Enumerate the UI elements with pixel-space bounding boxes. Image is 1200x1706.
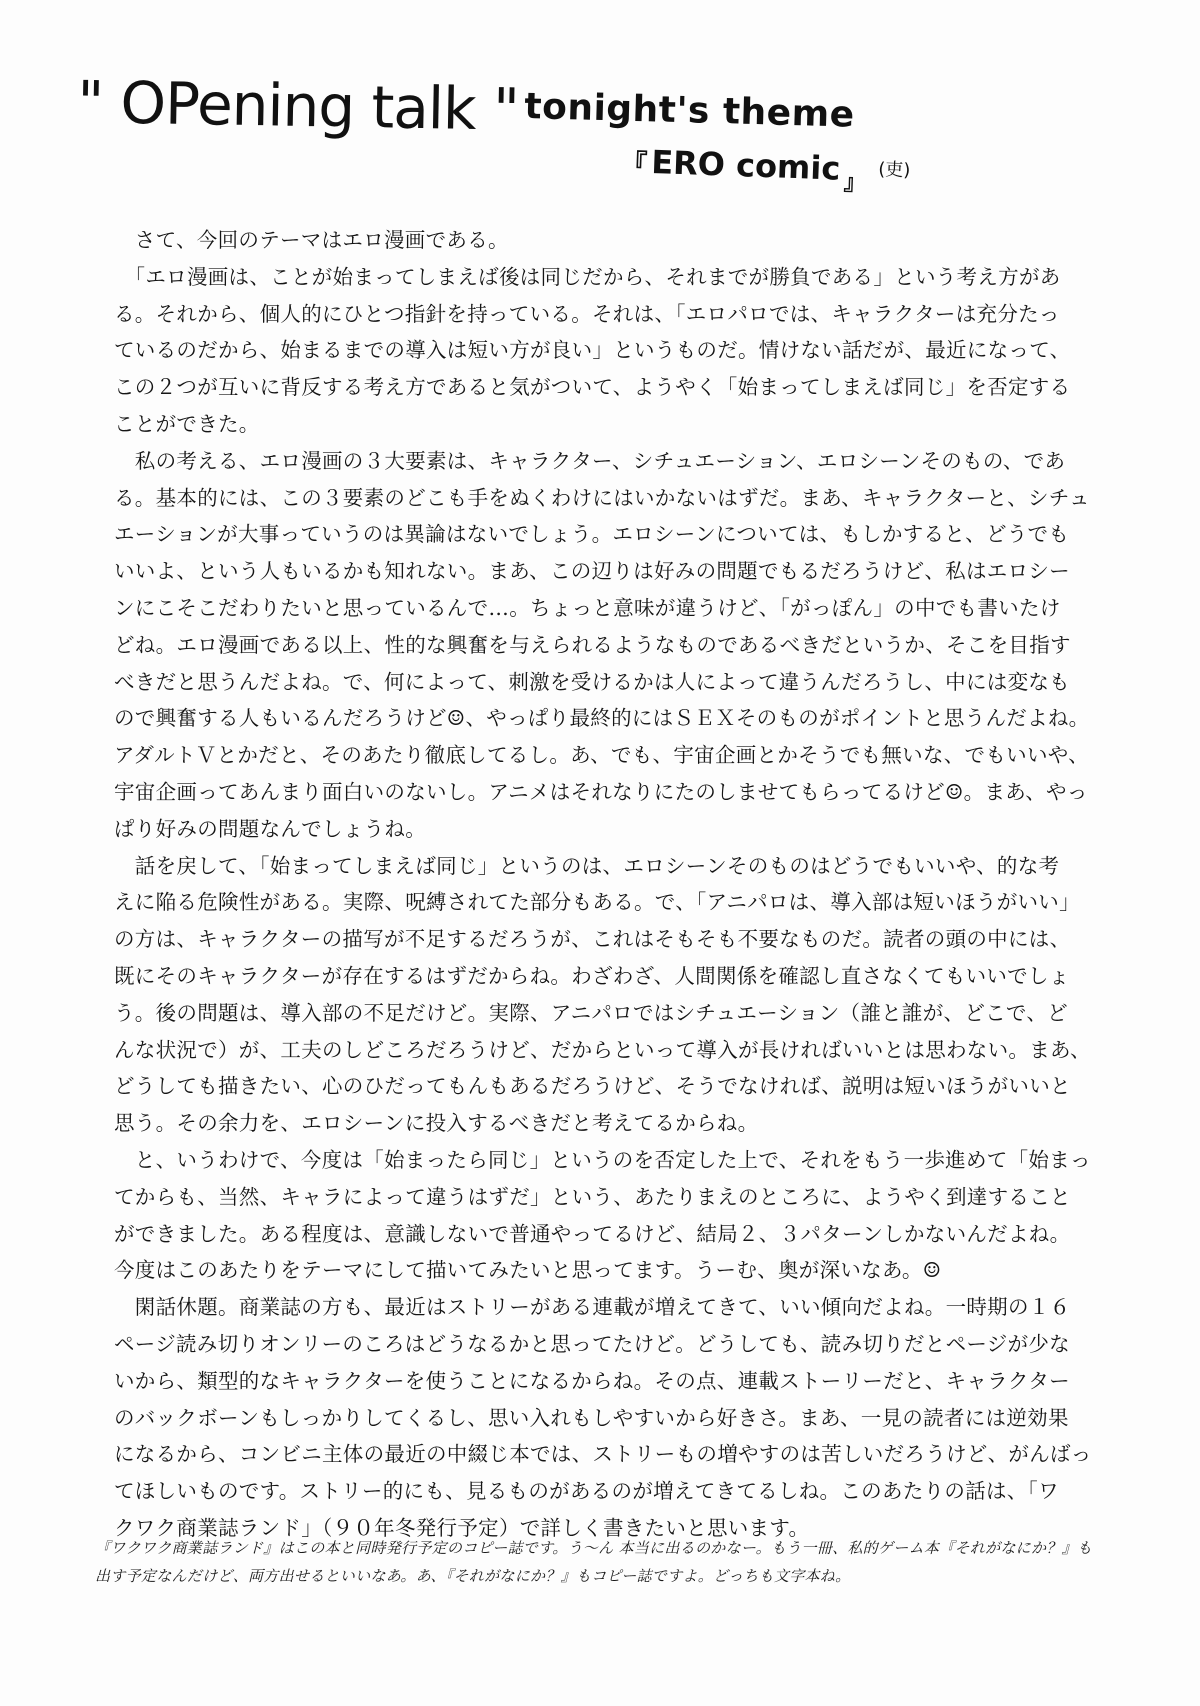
essay-body: さて、今回のテーマはエロ漫画である。 「エロ漫画は、ことが始まってしまえば後は同…	[114, 222, 1064, 1547]
body-line: 「エロ漫画は、ことが始まってしまえば後は同じだから、それまでが勝負である」という…	[114, 259, 1064, 296]
body-line: 宇宙企画ってあんまり面白いのないし。アニメはそれなりにたのしませてもらってるけど…	[114, 774, 1064, 811]
footnote-line: 『ワクワク商業誌ランド』はこの本と同時発行予定のコピー誌です。う～ん 本当に出る…	[95, 1534, 1095, 1562]
body-line: てからも、当然、キャラによって違うはずだ」という、あたりまえのところに、ようやく…	[114, 1179, 1064, 1216]
body-line: ているのだから、始まるまでの導入は短い方が良い」というものだ。情けない話だが、最…	[114, 332, 1064, 369]
theme-open-bracket: 『	[621, 143, 648, 181]
footnote-line: 出す予定なんだけど、両方出せるといいなあ。あ、『それがなにか？』もコピー誌ですよ…	[95, 1562, 1095, 1590]
theme-text: ERO comic	[651, 143, 841, 188]
body-line: 思う。その余力を、エロシーンに投入するべきだと考えてるからね。	[114, 1105, 1064, 1142]
body-line: ページ読み切りオンリーのころはどうなるかと思ってたけど。どうしても、読み切りだと…	[114, 1326, 1064, 1363]
theme-close-bracket: 』	[843, 166, 866, 198]
body-line: エーションが大事っていうのは異論はないでしょう。エロシーンについては、もしかする…	[114, 516, 1064, 553]
body-line: ことができた。	[114, 406, 1064, 443]
body-line: 話を戻して、「始まってしまえば同じ」というのは、エロシーンそのものはどうでもいい…	[114, 848, 1064, 885]
body-line: 私の考える、エロ漫画の３大要素は、キャラクター、シチュエーション、エロシーンその…	[114, 443, 1064, 480]
body-line: る。基本的には、この３要素のどこも手をぬくわけにはいかないはずだ。まあ、キャラク…	[114, 480, 1064, 517]
body-line: 今度はこのあたりをテーマにして描いてみたいと思ってます。うーむ、奥が深いなあ。☺	[114, 1252, 1064, 1289]
body-line: う。後の問題は、導入部の不足だけど。実際、アニパロではシチュエーション（誰と誰が…	[114, 995, 1064, 1032]
body-line: んな状況で）が、工夫のしどころだろうけど、だからといって導入が長ければいいとは思…	[114, 1032, 1064, 1069]
theme-heading: 『 ERO comic 』 (吏)	[621, 142, 911, 190]
body-line: 既にそのキャラクターが存在するはずだからね。わざわざ、人間関係を確認し直さなくて…	[114, 958, 1064, 995]
body-line: になるから、コンビニ主体の最近の中綴じ本では、ストリーもの増やすのは苦しいだろう…	[114, 1436, 1064, 1473]
body-line: いいよ、という人もいるかも知れない。まあ、この辺りは好みの問題でもるだろうけど、…	[114, 553, 1064, 590]
body-line: ンにこそこだわりたいと思っているんで…。ちょっと意味が違うけど、「がっぽん」の中…	[114, 590, 1064, 627]
body-line: いから、類型的なキャラクターを使うことになるからね。その点、連載ストーリーだと、…	[114, 1363, 1064, 1400]
page-title: " OPening talk "	[77, 68, 519, 144]
body-line: のバックボーンもしっかりしてくるし、思い入れもしやすいから好きさ。まあ、一見の読…	[114, 1400, 1064, 1437]
body-line: ができました。ある程度は、意識しないで普通やってるけど、結局２、３パターンしかな…	[114, 1216, 1064, 1253]
body-line: この２つが互いに背反する考え方であると気がついて、ようやく「始まってしまえば同じ…	[114, 369, 1064, 406]
body-line: さて、今回のテーマはエロ漫画である。	[114, 222, 1064, 259]
body-line: の方は、キャラクターの描写が不足するだろうが、これはそもそも不要なものだ。読者の…	[114, 921, 1064, 958]
body-line: どね。エロ漫画である以上、性的な興奮を与えられるようなものであるべきだというか、…	[114, 627, 1064, 664]
body-line: アダルトＶとかだと、そのあたり徹底してるし。あ、でも、宇宙企画とかそうでも無いな…	[114, 737, 1064, 774]
body-line: えに陥る危険性がある。実際、呪縛されてた部分もある。で、「アニパロは、導入部は短…	[114, 884, 1064, 921]
body-line: ので興奮する人もいるんだろうけど☺、やっぱり最終的にはＳＥＸそのものがポイントと…	[114, 700, 1064, 737]
handwritten-footnote: 『ワクワク商業誌ランド』はこの本と同時発行予定のコピー誌です。う～ん 本当に出る…	[95, 1534, 1095, 1590]
body-line: ぱり好みの問題なんでしょうね。	[114, 811, 1064, 848]
author-signature: (吏)	[878, 155, 911, 182]
page-subtitle: tonight's theme	[524, 86, 855, 136]
body-line: と、いうわけで、今度は「始まったら同じ」というのを否定した上で、それをもう一歩進…	[114, 1142, 1064, 1179]
body-line: る。それから、個人的にひとつ指針を持っている。それは、「エロパロでは、キャラクタ…	[114, 296, 1064, 333]
body-line: べきだと思うんだよね。で、何によって、刺激を受けるかは人によって違うんだろうし、…	[114, 664, 1064, 701]
body-line: どうしても描きたい、心のひだってもんもあるだろうけど、そうでなければ、説明は短い…	[114, 1068, 1064, 1105]
body-line: 閑話休題。商業誌の方も、最近はストリーがある連載が増えてきて、いい傾向だよね。一…	[114, 1289, 1064, 1326]
document-page: " OPening talk " tonight's theme 『 ERO c…	[0, 0, 1200, 1706]
body-line: てほしいものです。ストリー的にも、見るものがあるのが増えてきてるしね。このあたり…	[114, 1473, 1064, 1510]
